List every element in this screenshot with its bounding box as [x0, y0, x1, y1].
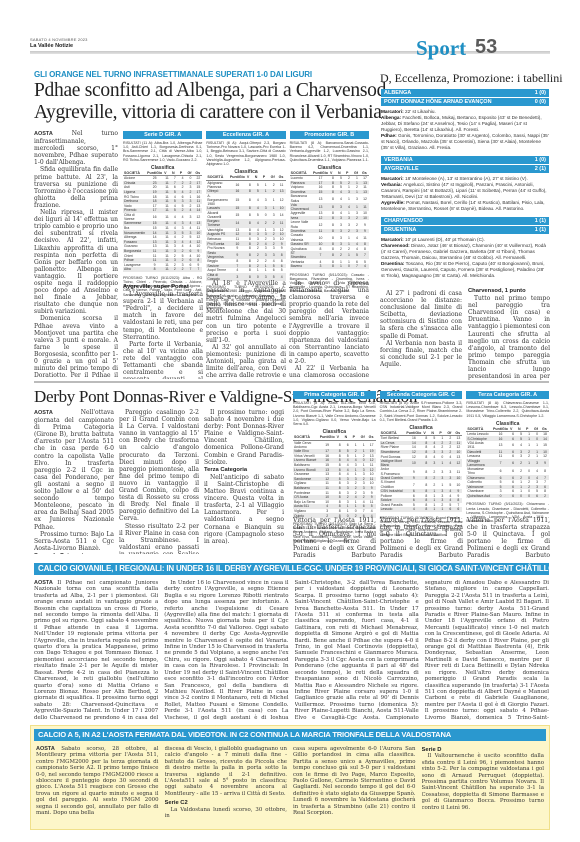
tabellino-match-1: ALBENGA1 (0) PONT DONNAZ HÔNE ARNAD EVAN…: [381, 89, 549, 151]
table-row: A. Borgomanero 198015843112: [206, 194, 285, 207]
table-row: Borgaro Torinese14842211: [206, 219, 285, 227]
terza-col-c: Vittoria per l'Aosta 1911, che in trasfe…: [467, 517, 550, 557]
standings-box-promozione: Promozione GIR. B RISULTATI (8 A): Barca…: [290, 131, 369, 281]
table-row: Città di Varese161144312: [123, 213, 202, 221]
aygreville-subhead: Aygreville, super Pomat: [123, 284, 203, 291]
table-row: Cossato Valsesia10831411: [290, 233, 369, 241]
futsal-banner: CALCIO A 5, IN A2 L'AOSTA FERMATA DAL VI…: [34, 729, 546, 741]
standings-box-eccellenza: Eccellenza GIR. A RISULTATI (8 A): Acqui…: [206, 131, 285, 281]
table-row: Barcanova Salus13841312: [290, 194, 369, 202]
youth-columns: AOSTA Il Pdhae nel campionato Juniores N…: [34, 580, 549, 720]
standings-box-seconda: Seconda Categoria GIR. C RISULTATI (8 A)…: [380, 391, 463, 506]
terza-subhead: Terza Categoria: [204, 467, 284, 474]
prima-col-b: Pareggio casalingo 2-2 per il Grand Comb…: [119, 409, 199, 554]
dateline: AOSTA: [34, 131, 53, 137]
standings-table: SOCIETÀPuntiGioVNPGfGs Valle Cervo Andor…: [293, 435, 376, 518]
main-story-col1: AOSTA Nel turno infrasettimanale, mercol…: [34, 130, 118, 378]
youth-banner: CALCIO GIOVANILE, I REGIONALI: IN UNDER …: [34, 563, 549, 575]
charvensod-subhead: Charvensod, 1 punto: [468, 288, 550, 295]
table-row: Alba8112277: [123, 267, 202, 272]
futsal-col-3: casa supera agevolmente 6-0 l'Aurora San…: [293, 746, 416, 826]
table-row: Leone Valle Ruta1283329: [290, 220, 369, 228]
table-row: Monastese Trino662048: [466, 467, 549, 475]
youth-col-4: segnature di Amadou Dabo e Alessandro Di…: [425, 580, 549, 720]
aygreville-col-b: Al 18' è l'Aygreville a passare in vanta…: [206, 280, 286, 379]
prima-col-c: Il prossimo turno: oggi sabato 4 novembr…: [204, 409, 284, 554]
table-row: S.Vincent Châtillon7821510: [380, 480, 463, 488]
tabellino-match-2: VERBANIA1 (0) AYGREVILLE2 (1) Marcatori:…: [381, 156, 549, 212]
section-divider: [34, 381, 549, 383]
futsal-col-2: discesa di Vescio, i gialloblù guadagnan…: [165, 746, 288, 826]
aygreville-col-a: Aygreville, super Pomat L'Aygreville in …: [123, 283, 203, 379]
standings-box-serie-d: Serie D GIR. A RISULTATI (11 A): Alba-Br…: [123, 131, 202, 281]
issue-date: SABATO 4 NOVEMBRE 2023: [30, 37, 88, 42]
futsal-col-4: Serie D Il Valtournenche è uscito sconfi…: [422, 746, 545, 826]
tabellini: ALBENGA1 (0) PONT DONNAZ HÔNE ARNAD EVAN…: [381, 89, 549, 284]
seconda-subhead: Seconda Categoria: [34, 553, 114, 554]
table-row: Lessolo481166: [380, 507, 463, 512]
table-row: VDA Aosta 191113641115: [466, 441, 549, 449]
table-row: Vda Charvensod13834111: [290, 203, 369, 211]
table-row: Alicanti Ozzanelli15850314: [206, 211, 285, 219]
lower-standings-row: Prima Categoria GIR. B RISULTATI (8 A): …: [293, 391, 549, 506]
terza-col-a: Vittoria per l'Aosta 1911, che in trasfe…: [293, 517, 376, 557]
tabellino-match-3: CHARVENSOD1 (1) DRUENTINA1 (1) Marcatori…: [381, 217, 549, 279]
youth-col-1: AOSTA Il Pdhae nel campionato Juniores N…: [34, 580, 158, 720]
table-row: Ardor S.Francesco9823311: [380, 467, 463, 475]
table-row: Villaggio Lamarmora762139: [466, 459, 549, 467]
main-story-headline: Pdhae sconfitto ad Albenga, pari a Charv…: [34, 80, 386, 102]
table-row: Sesto Vergemina982338: [206, 251, 285, 259]
newspaper-name: La Vallée Notizie: [30, 43, 73, 49]
futsal-col-1: AOSTA Sabato scorso, 28 ottobre, al Mont…: [36, 746, 159, 826]
main-story-subheadline: Aygreville, vittoria di carattere con il…: [34, 102, 382, 124]
standings-table: SOCIETÀPuntiGioVNPGfGs Alcione251174022C…: [123, 171, 202, 272]
standings-table: SOCIETÀPuntiGioVNPGfGs Alpignano Pianezz…: [206, 175, 285, 281]
main-story-kicker: GLI ORANGE NEL TURNO INFRASETTIMANALE SU…: [34, 70, 312, 79]
standings-box-prima: Prima Categoria GIR. B RISULTATI (8 A): …: [293, 391, 376, 506]
standings-table: SOCIETÀPuntiGioVNPGfGs Torri Biellesi168…: [380, 431, 463, 512]
youth-col-3: Saint-Christophe, 3-2 dall'Ivrea Banchet…: [295, 580, 419, 720]
table-row: ST Strambino782157: [290, 251, 369, 259]
aygreville-col-c: In avvio di ripresa Tettamanti coglie un…: [289, 280, 369, 379]
table-row: Alpignano Pianezza16851211: [206, 180, 285, 189]
masthead-rule: [30, 51, 550, 54]
charvensod-col: Charvensod, 1 punto Tutto nel primo temp…: [468, 287, 550, 380]
standings-row: Serie D GIR. A RISULTATI (11 A): Alba-Br…: [123, 131, 369, 281]
standings-box-terza: Terza Categoria GIR. A RISULTATI (8 A): …: [466, 391, 549, 506]
terza-col-b: Vittoria per l'Aosta 1911, che in trasfe…: [380, 517, 463, 557]
prima-col-a: AOSTA Nell'ottava giornata del campionat…: [34, 409, 114, 554]
youth-col-2: In Under 16 lo Charvensod vince in casa …: [164, 580, 288, 720]
table-row: Valle Cervo Andorno19861117: [293, 440, 376, 449]
table-row: Valdigne Mont Blanc10831412: [380, 459, 463, 467]
aygreville-col-d: Al 27' i padroni di casa accorciano le d…: [380, 290, 462, 380]
standings-table: SOCIETÀPuntiGioVNPGfGs Lucento17852117Pi…: [290, 171, 369, 268]
futsal-columns: AOSTA Sabato scorso, 28 ottobre, al Mont…: [36, 746, 544, 826]
section-name: Sport: [416, 38, 466, 59]
table-row: Quincitava Asd060062: [466, 494, 549, 499]
standings-table: SOCIETÀPuntiGioVNPGfGs Lenta Lessolo1665…: [466, 427, 549, 498]
tabellini-title: D, Eccellenza, Promozione: i tabellini: [380, 71, 563, 86]
page-number: 53: [475, 37, 497, 57]
table-row: Baveno381074: [290, 264, 369, 269]
